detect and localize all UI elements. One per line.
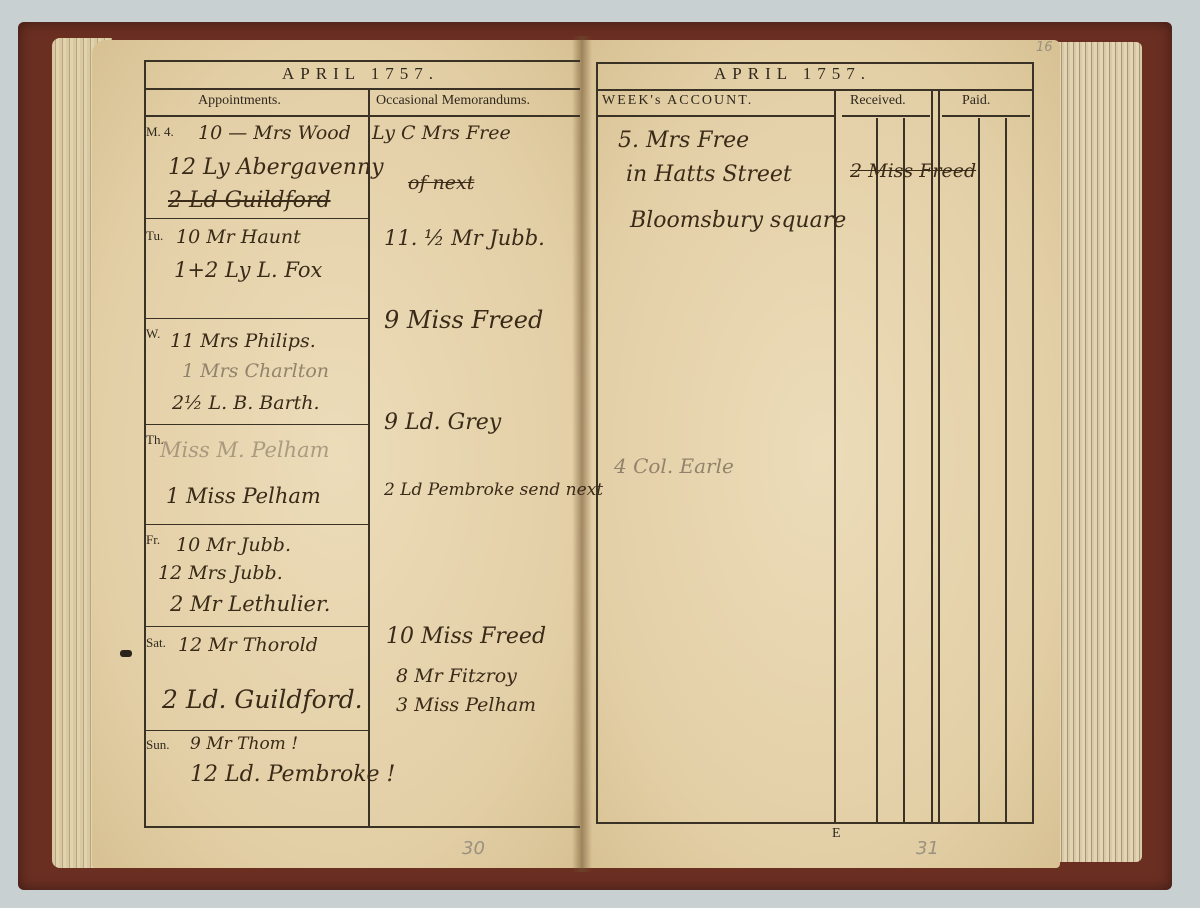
appointments-header: Appointments.: [198, 93, 281, 109]
handwritten-memo: 8 Mr Fitzroy: [396, 665, 517, 687]
signature-mark: E: [832, 826, 841, 842]
rule: [598, 822, 1034, 824]
handwritten-entry: 2 Mr Lethulier.: [170, 592, 330, 616]
rule: [1032, 62, 1034, 824]
memoranda-header: Occasional Memorandums.: [376, 93, 530, 109]
handwritten-entry: 10 Mr Haunt: [176, 226, 301, 248]
day-divider: [144, 626, 368, 627]
handwritten-entry: 12 Mrs Jubb.: [158, 562, 283, 584]
received-col-rule: [903, 118, 905, 822]
account-entry: 5. Mrs Free: [618, 128, 749, 153]
account-entry: 4 Col. Earle: [614, 454, 734, 478]
handwritten-entry: 2½ L. B. Barth.: [172, 392, 320, 414]
handwritten-memo: 9 Miss Freed: [384, 306, 543, 334]
day-label-wednesday: W.: [146, 326, 160, 342]
day-label-friday: Fr.: [146, 532, 160, 548]
handwritten-memo: 2 Ld Pembroke send next: [384, 480, 603, 500]
handwritten-entry: 12 Ly Abergavenny: [168, 155, 384, 180]
paid-col-rule: [931, 89, 933, 822]
received-header: Received.: [850, 93, 906, 109]
handwritten-entry: 9 Mr Thom !: [190, 734, 298, 754]
account-entry-struck: 2 Miss Freed: [850, 160, 976, 182]
day-label-sunday: Sun.: [146, 737, 169, 753]
handwritten-entry: 12 Ld. Pembroke !: [190, 762, 395, 787]
paid-header: Paid.: [962, 93, 990, 109]
received-col-rule: [834, 89, 836, 822]
handwritten-memo: 11. ½ Mr Jubb.: [384, 226, 545, 250]
day-divider: [144, 730, 368, 731]
handwritten-entry: 1+2 Ly L. Fox: [174, 258, 322, 282]
handwritten-memo: Ly C Mrs Free: [372, 122, 511, 144]
handwritten-memo: 9 Ld. Grey: [384, 410, 501, 435]
rule: [144, 115, 580, 117]
left-month-heading: APRIL 1757.: [282, 64, 439, 84]
right-month-heading: APRIL 1757.: [714, 64, 871, 84]
right-page-edges: [1058, 42, 1142, 862]
book-gutter: [572, 36, 592, 872]
rule: [596, 62, 598, 824]
rule: [144, 826, 580, 828]
handwritten-entry: 1 Mrs Charlton: [182, 360, 329, 382]
handwritten-entry: 12 Mr Thorold: [178, 634, 318, 656]
day-divider: [144, 424, 368, 425]
rule: [598, 115, 834, 117]
left-pencil-page-number: 30: [462, 838, 485, 859]
right-pencil-page-number: 31: [916, 838, 939, 859]
rule: [368, 88, 370, 826]
day-label-saturday: Sat.: [146, 635, 166, 651]
handwritten-entry: 10 — Mrs Wood: [198, 122, 351, 144]
ink-mark: [120, 650, 132, 657]
handwritten-entry-faint: Miss M. Pelham: [160, 438, 330, 462]
day-divider: [144, 524, 368, 525]
handwritten-memo: 10 Miss Freed: [386, 624, 546, 649]
rule: [596, 89, 1032, 91]
handwritten-entry: 2 Ld. Guildford.: [162, 685, 363, 714]
received-col-rule: [876, 118, 878, 822]
day-label-monday: M. 4.: [146, 124, 174, 140]
rule: [144, 88, 580, 90]
week-account-header: WEEK's ACCOUNT.: [602, 93, 753, 109]
handwritten-memo: 3 Miss Pelham: [396, 694, 536, 716]
paid-col-rule: [978, 118, 980, 822]
rule: [942, 115, 1030, 117]
account-entry: Bloomsbury square: [630, 208, 846, 233]
rule: [842, 115, 930, 117]
handwritten-entry: 11 Mrs Philips.: [170, 330, 316, 352]
handwritten-entry: 1 Miss Pelham: [166, 484, 321, 508]
handwritten-entry: 2 Ld Guildford: [168, 188, 331, 213]
paid-col-rule: [938, 89, 940, 822]
handwritten-memo: of next: [408, 172, 474, 194]
rule: [144, 60, 580, 62]
day-divider: [144, 318, 368, 319]
paid-col-rule: [1005, 118, 1007, 822]
corner-page-number: 16: [1036, 40, 1053, 55]
handwritten-entry: 10 Mr Jubb.: [176, 534, 291, 556]
day-label-tuesday: Tu.: [146, 228, 163, 244]
day-divider: [144, 218, 368, 219]
account-entry: in Hatts Street: [626, 162, 792, 187]
